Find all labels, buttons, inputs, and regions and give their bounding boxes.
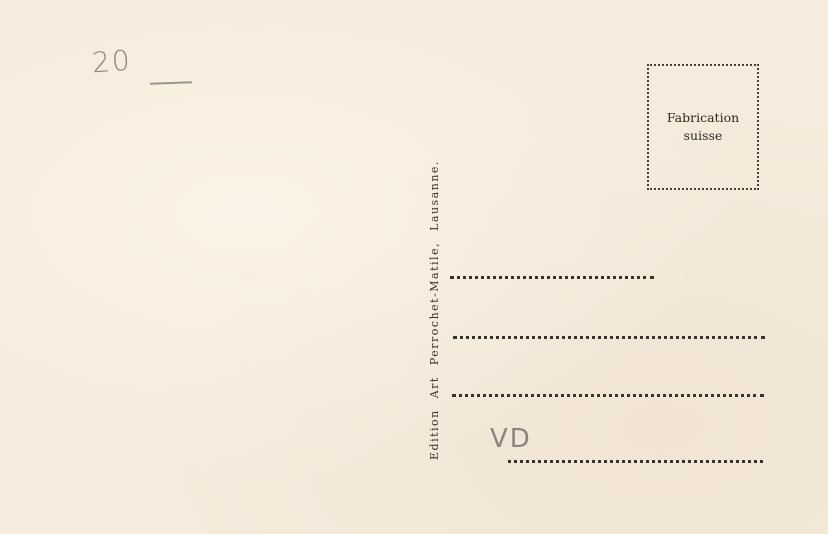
postcard-back: 20 Fabrication suisse Edition Art Perroc… — [0, 0, 828, 534]
publisher-imprint: Edition Art Perrochet-Matile, Lausanne. — [428, 160, 441, 460]
address-line-1 — [450, 276, 654, 279]
stamp-placeholder-box: Fabrication suisse — [647, 64, 759, 190]
stamp-text-line2: suisse — [684, 127, 723, 145]
address-line-3 — [452, 394, 764, 397]
handwritten-number: 20 — [91, 44, 133, 80]
stamp-text-line1: Fabrication — [667, 109, 739, 127]
handwritten-canton-code: VD — [490, 424, 532, 454]
address-line-4 — [508, 460, 763, 463]
address-line-2 — [453, 336, 765, 339]
handwritten-dash — [150, 81, 192, 84]
